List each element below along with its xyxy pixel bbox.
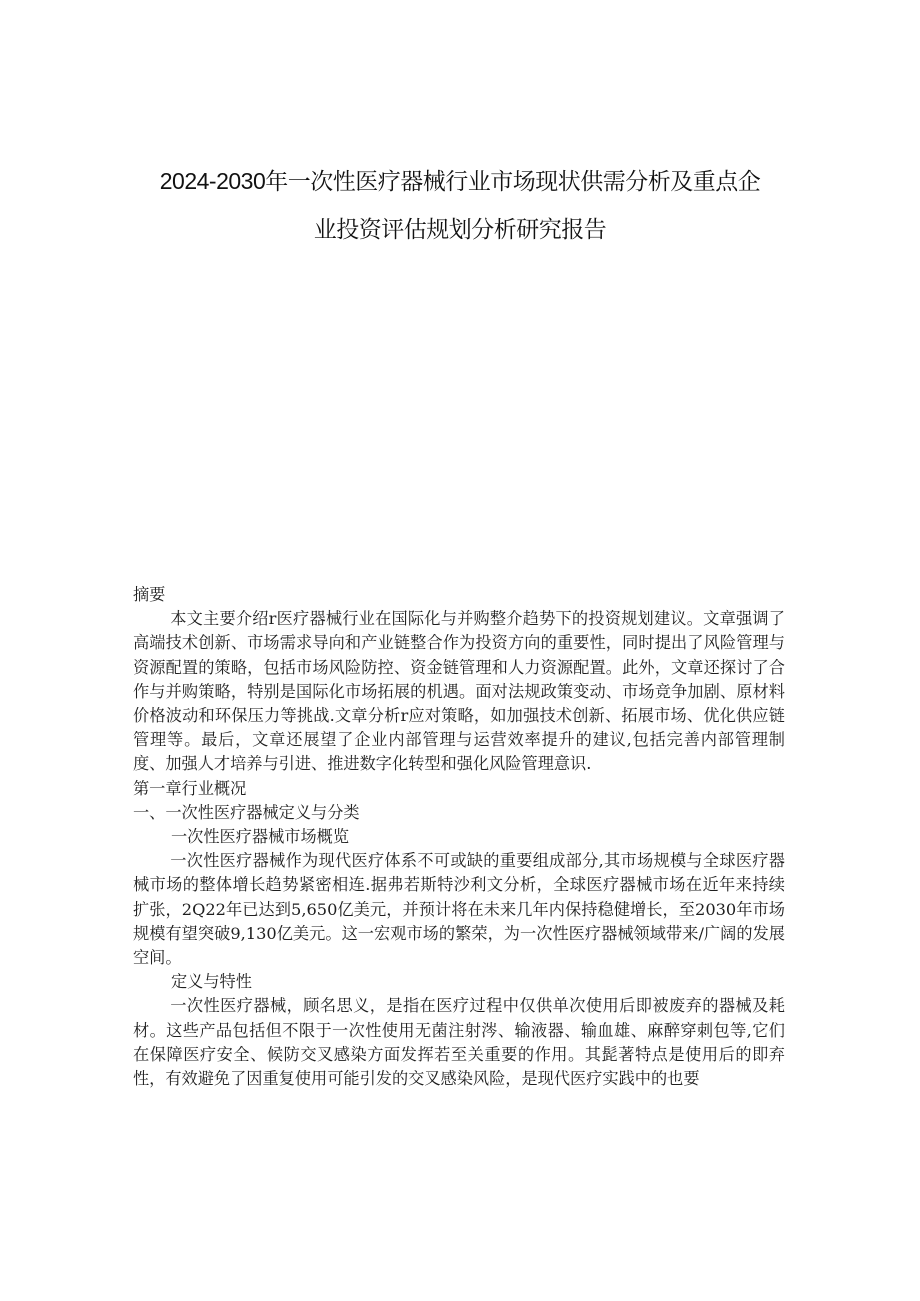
- abstract-heading: 摘要: [133, 583, 785, 607]
- definition-paragraph: 一次性医疗器械，顾名思义，是指在医疗过程中仅供单次使用后即被废弃的器械及耗材。这…: [133, 994, 785, 1091]
- document-title-line-1: 2024-2030年一次性医疗器械行业市场现状供需分析及重点企: [0, 163, 920, 196]
- document-body: 摘要 本文主要介绍r医疗器械行业在国际化与并购整介趋势下的投资规划建议。文章强调…: [133, 583, 785, 1091]
- section-1-heading: 一、一次性医疗器械定义与分类: [133, 801, 785, 825]
- subsection-definition: 定义与特性: [133, 970, 785, 994]
- document-title-line-2: 业投资评估规划分析研究报告: [0, 211, 920, 244]
- abstract-paragraph: 本文主要介绍r医疗器械行业在国际化与并购整介趋势下的投资规划建议。文章强调了高端…: [133, 607, 785, 776]
- subsection-market-overview: 一次性医疗器械市场概览: [133, 825, 785, 849]
- market-overview-paragraph: 一次性医疗器械作为现代医疗体系不可或缺的重要组成部分,其市场规模与全球医疗器械市…: [133, 849, 785, 970]
- chapter-1-heading: 第一章行业概况: [133, 777, 785, 801]
